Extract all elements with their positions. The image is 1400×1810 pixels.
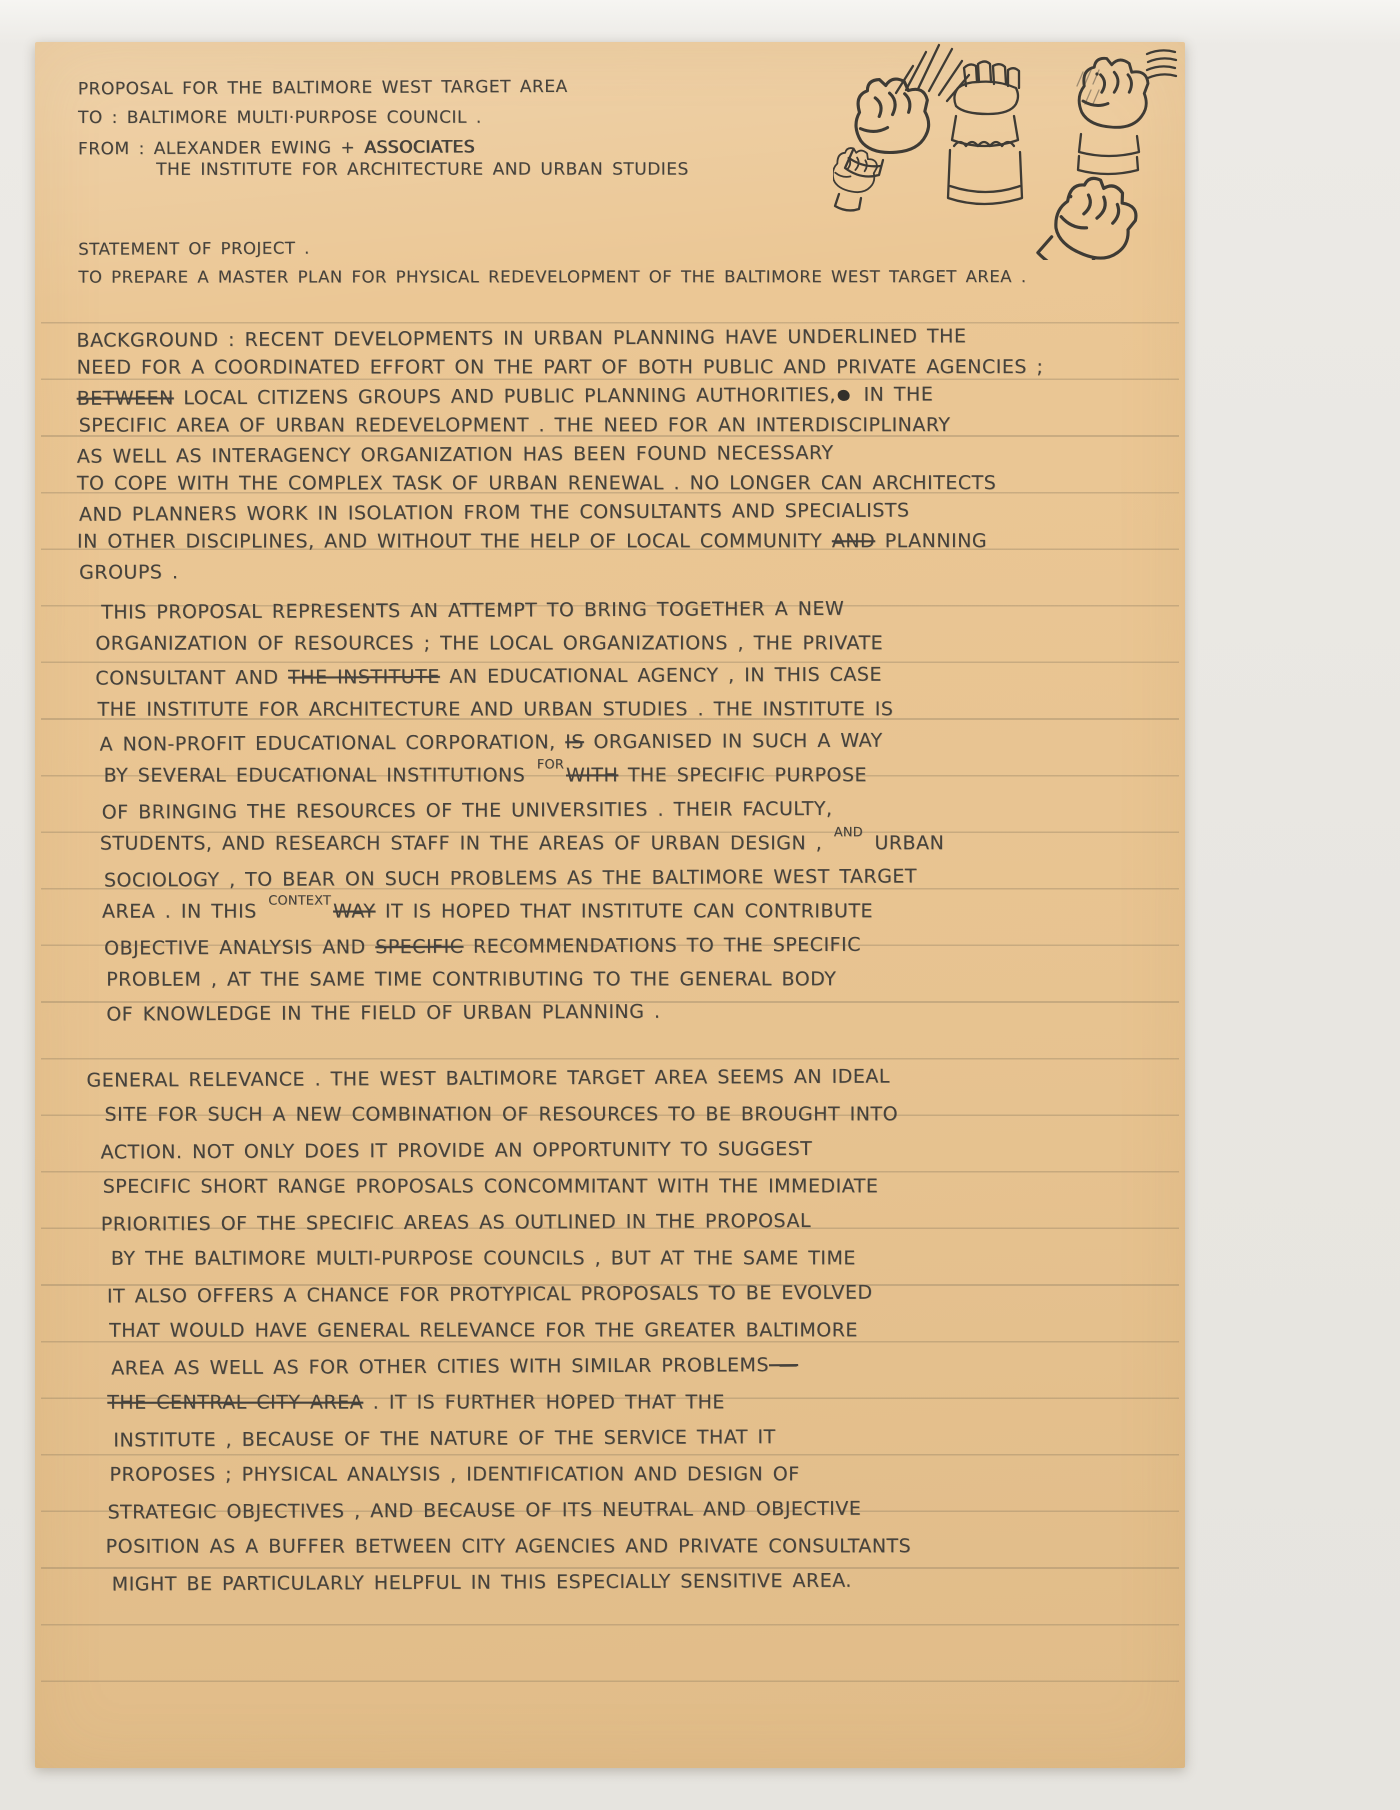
handwritten-text: SPECIFIC — [375, 936, 463, 958]
handwritten-line: PROPOSAL FOR THE BALTIMORE WEST TARGET A… — [78, 71, 689, 104]
handwritten-text: LOCAL CITIZENS GROUPS AND PUBLIC PLANNIN… — [174, 384, 836, 409]
proposal-paragraph: THIS PROPOSAL REPRESENTS AN ATTEMPT TO B… — [95, 593, 945, 1030]
handwritten-line: GROUPS . — [79, 554, 1044, 588]
handwritten-line: SPECIFIC SHORT RANGE PROPOSALS CONCOMMIT… — [103, 1168, 911, 1204]
handwritten-text: AND PLANNERS WORK IN ISOLATION FROM THE — [79, 501, 580, 526]
handwritten-text: OBJECTIVE ANALYSIS AND — [104, 936, 375, 959]
handwritten-text: INSTITUTE , BECAUSE OF THE NATURE OF THE… — [113, 1426, 775, 1451]
handwritten-text: URBAN — [865, 832, 944, 854]
handwritten-text: SPECIFIC SHORT RANGE PROPOSALS CONCOMMIT… — [103, 1175, 879, 1197]
handwritten-line: INSTITUTE , BECAUSE OF THE NATURE OF THE… — [113, 1418, 911, 1458]
handwritten-text: TO PREPARE A MASTER PLAN FOR PHYSICAL RE… — [78, 267, 1026, 286]
statement-block: STATEMENT OF PROJECT .TO PREPARE A MASTE… — [78, 231, 1026, 293]
handwritten-line: PROPOSES ; PHYSICAL ANALYSIS , IDENTIFIC… — [109, 1456, 911, 1492]
handwritten-text: AND SPECIALISTS — [722, 500, 909, 523]
handwritten-text: BY THE BALTIMORE MULTI-PURPOSE COUNCILS … — [111, 1247, 856, 1269]
handwritten-text: THIS PROPOSAL REPRESENTS AN ATTEMPT TO B… — [101, 598, 844, 624]
handwritten-text: RECOMMENDATIONS TO THE SPECIFIC — [463, 934, 861, 958]
handwritten-text: IT IS HOPED THAT INSTITUTE CAN CONTRIBUT… — [375, 900, 873, 922]
handwritten-line: PRIORITIES OF THE SPECIFIC AREAS AS OUTL… — [101, 1202, 911, 1242]
background-paragraph: BACKGROUND : RECENT DEVELOPMENTS IN URBA… — [76, 323, 1043, 587]
handwritten-text: TO COPE WITH THE COMPLEX TASK OF URBAN R… — [77, 472, 996, 494]
handwritten-text: THE SPECIFIC PURPOSE — [618, 764, 867, 786]
handwritten-line: AREA . IN THIS CONTEXTWAY IT IS HOPED TH… — [102, 895, 944, 930]
handwritten-line: AND PLANNERS WORK IN ISOLATION FROM THE … — [79, 496, 1044, 530]
general-relevance-paragraph: GENERAL RELEVANCE . THE WEST BALTIMORE T… — [84, 1059, 911, 1601]
handwritten-line: BY THE BALTIMORE MULTI-PURPOSE COUNCILS … — [111, 1240, 911, 1276]
handwritten-text: IS — [565, 731, 584, 753]
handwritten-text: ORGANIZATION OF RESOURCES ; THE LOCAL OR… — [95, 632, 883, 654]
handwritten-line: STATEMENT OF PROJECT . — [78, 230, 1026, 265]
handwritten-text: STUDENTS, AND RESEARCH STAFF IN THE AREA… — [100, 832, 832, 854]
handwritten-text: BACKGROUND : RECENT DEVELOPMENTS IN URBA… — [76, 325, 966, 352]
handwritten-text: OF KNOWLEDGE IN THE FIELD OF URBAN PLANN… — [106, 1001, 660, 1026]
handwritten-text: SOCIOLOGY , TO BEAR ON SUCH PROBLEMS AS … — [104, 865, 917, 891]
handwritten-text: WAY — [333, 901, 375, 923]
handwritten-line: GENERAL RELEVANCE . THE WEST BALTIMORE T… — [86, 1058, 910, 1098]
handwritten-text: PROBLEM , AT THE SAME TIME CONTRIBUTING … — [106, 968, 836, 990]
handwritten-text: A NON-PROFIT EDUCATIONAL CORPORATION, — [100, 731, 566, 755]
handwritten-text: OF BRINGING THE RESOURCES OF THE UNIVERS… — [102, 798, 833, 824]
handwritten-text: SITE FOR SUCH A NEW COMBINATION OF RESOU… — [105, 1103, 898, 1125]
handwritten-line: MIGHT BE PARTICULARLY HELPFUL IN THIS ES… — [112, 1562, 912, 1602]
handwritten-text: . IT IS FURTHER HOPED THAT THE — [363, 1391, 725, 1413]
handwritten-text: NEED FOR A COORDINATED EFFORT ON THE PAR… — [77, 356, 1044, 379]
handwritten-line: THAT WOULD HAVE GENERAL RELEVANCE FOR TH… — [109, 1312, 911, 1348]
handwritten-line: SOCIOLOGY , TO BEAR ON SUCH PROBLEMS AS … — [104, 860, 945, 897]
handwritten-line: TO PREPARE A MASTER PLAN FOR PHYSICAL RE… — [78, 262, 1026, 292]
handwritten-text: PROPOSAL FOR THE BALTIMORE WEST TARGET A… — [78, 77, 568, 99]
handwritten-text: WITH — [566, 764, 618, 786]
handwritten-text: THE CENTRAL CITY AREA — [107, 1392, 363, 1414]
handwritten-text: GROUPS . — [79, 561, 179, 584]
handwritten-text: POSITION AS A BUFFER BETWEEN CITY AGENCI… — [106, 1535, 912, 1557]
handwritten-text: BETWEEN — [77, 387, 174, 409]
handwritten-line: SPECIFIC AREA OF URBAN REDEVELOPMENT . T… — [79, 411, 1044, 441]
handwritten-line: AREA AS WELL AS FOR OTHER CITIES WITH SI… — [111, 1346, 911, 1386]
handwritten-text: SPECIFIC AREA OF URBAN REDEVELOPMENT . T… — [79, 414, 951, 436]
handwritten-text: IN THE — [854, 383, 933, 405]
handwritten-text: GENERAL RELEVANCE . THE WEST BALTIMORE T… — [86, 1066, 890, 1092]
handwritten-text: IT ALSO OFFERS A CHANCE FOR PROTYPICAL P… — [107, 1282, 873, 1308]
handwritten-text: PLANNING — [875, 530, 987, 552]
handwritten-text: ACTION. NOT ONLY DOES IT PROVIDE AN OPPO… — [101, 1138, 813, 1164]
handwritten-text: MIGHT BE PARTICULARLY HELPFUL IN THIS ES… — [112, 1570, 852, 1596]
handwritten-line: STUDENTS, AND RESEARCH STAFF IN THE AREA… — [100, 827, 944, 862]
handwritten-line: ORGANIZATION OF RESOURCES ; THE LOCAL OR… — [95, 627, 943, 660]
handwritten-text: THE INSTITUTE FOR ARCHITECTURE AND URBAN… — [156, 160, 689, 180]
handwritten-line: IT ALSO OFFERS A CHANCE FOR PROTYPICAL P… — [107, 1274, 911, 1314]
handwritten-line: ACTION. NOT ONLY DOES IT PROVIDE AN OPPO… — [101, 1130, 911, 1170]
ink-blot — [838, 390, 850, 401]
handwritten-line: THE CENTRAL CITY AREA . IT IS FURTHER HO… — [107, 1384, 911, 1420]
handwritten-line: BY SEVERAL EDUCATIONAL INSTITUTIONS FORW… — [104, 759, 944, 794]
handwritten-line: TO : BALTIMORE MULTI·PURPOSE COUNCIL . — [78, 103, 689, 133]
handwritten-text: STATEMENT OF PROJECT . — [78, 239, 310, 259]
handwritten-line: A NON-PROFIT EDUCATIONAL CORPORATION, IS… — [99, 724, 944, 761]
handwritten-text: PROPOSES ; PHYSICAL ANALYSIS , IDENTIFIC… — [109, 1463, 799, 1485]
handwritten-text: AS WELL AS INTERAGENCY ORGANIZATION HAS … — [77, 442, 834, 468]
handwritten-text: THE INSTITUTE FOR ARCHITECTURE AND URBAN… — [97, 698, 893, 720]
handwritten-line: BACKGROUND : RECENT DEVELOPMENTS IN URBA… — [76, 322, 1043, 356]
handwritten-text: CONTEXT — [268, 885, 331, 918]
handwritten-text: CONSULTANTS — [579, 501, 722, 524]
text-layer: PROPOSAL FOR THE BALTIMORE WEST TARGET A… — [0, 0, 1400, 1810]
handwritten-line: OBJECTIVE ANALYSIS AND SPECIFIC RECOMMEN… — [104, 928, 945, 965]
handwritten-line: TO COPE WITH THE COMPLEX TASK OF URBAN R… — [77, 469, 1044, 499]
handwritten-line: POSITION AS A BUFFER BETWEEN CITY AGENCI… — [106, 1528, 912, 1564]
handwritten-text: PRIORITIES OF THE SPECIFIC AREAS AS OUTL… — [101, 1210, 811, 1236]
handwritten-text: CONSULTANT AND — [95, 667, 288, 690]
handwritten-text: THAT WOULD HAVE GENERAL RELEVANCE FOR TH… — [109, 1319, 858, 1341]
handwritten-line: OF BRINGING THE RESOURCES OF THE UNIVERS… — [102, 792, 945, 829]
handwritten-text: AND — [832, 530, 875, 552]
handwritten-line: OF KNOWLEDGE IN THE FIELD OF URBAN PLANN… — [106, 994, 945, 1031]
handwritten-text: AREA . IN THIS — [102, 901, 266, 923]
handwritten-text: AND — [834, 816, 863, 849]
handwritten-line: NEED FOR A COORDINATED EFFORT ON THE PAR… — [77, 353, 1044, 383]
handwritten-line: AS WELL AS INTERAGENCY ORGANIZATION HAS … — [77, 438, 1044, 472]
handwritten-line: BETWEEN LOCAL CITIZENS GROUPS AND PUBLIC… — [77, 380, 1044, 414]
handwritten-text: AN EDUCATIONAL AGENCY , IN THIS CASE — [440, 664, 882, 688]
handwritten-line: STRATEGIC OBJECTIVES , AND BECAUSE OF IT… — [107, 1490, 911, 1530]
handwritten-line: THIS PROPOSAL REPRESENTS AN ATTEMPT TO B… — [101, 592, 944, 629]
handwritten-line: THE INSTITUTE FOR ARCHITECTURE AND URBAN… — [97, 693, 943, 726]
handwritten-text: ORGANISED IN SUCH A WAY — [584, 730, 883, 754]
handwritten-text: STRATEGIC OBJECTIVES , AND BECAUSE OF IT… — [108, 1498, 862, 1524]
handwritten-line: IN OTHER DISCIPLINES, AND WITHOUT THE HE… — [77, 527, 1044, 557]
handwritten-text: FOR — [537, 748, 564, 781]
handwritten-text: THE INSTITUTE — [288, 666, 440, 689]
handwritten-line: PROBLEM , AT THE SAME TIME CONTRIBUTING … — [106, 963, 944, 996]
handwritten-text: BY SEVERAL EDUCATIONAL INSTITUTIONS — [104, 764, 535, 786]
handwritten-line: THE INSTITUTE FOR ARCHITECTURE AND URBAN… — [156, 155, 689, 185]
header-block: PROPOSAL FOR THE BALTIMORE WEST TARGET A… — [78, 72, 689, 186]
handwritten-text: TO : BALTIMORE MULTI·PURPOSE COUNCIL . — [78, 108, 482, 128]
handwritten-text: IN OTHER DISCIPLINES, AND WITHOUT THE HE… — [77, 530, 832, 552]
handwritten-text: — — [769, 1354, 798, 1376]
handwritten-line: SITE FOR SUCH A NEW COMBINATION OF RESOU… — [105, 1096, 911, 1132]
handwritten-text: AREA AS WELL AS FOR OTHER CITIES WITH SI… — [111, 1354, 769, 1379]
handwritten-line: CONSULTANT AND THE INSTITUTE AN EDUCATIO… — [95, 658, 944, 695]
